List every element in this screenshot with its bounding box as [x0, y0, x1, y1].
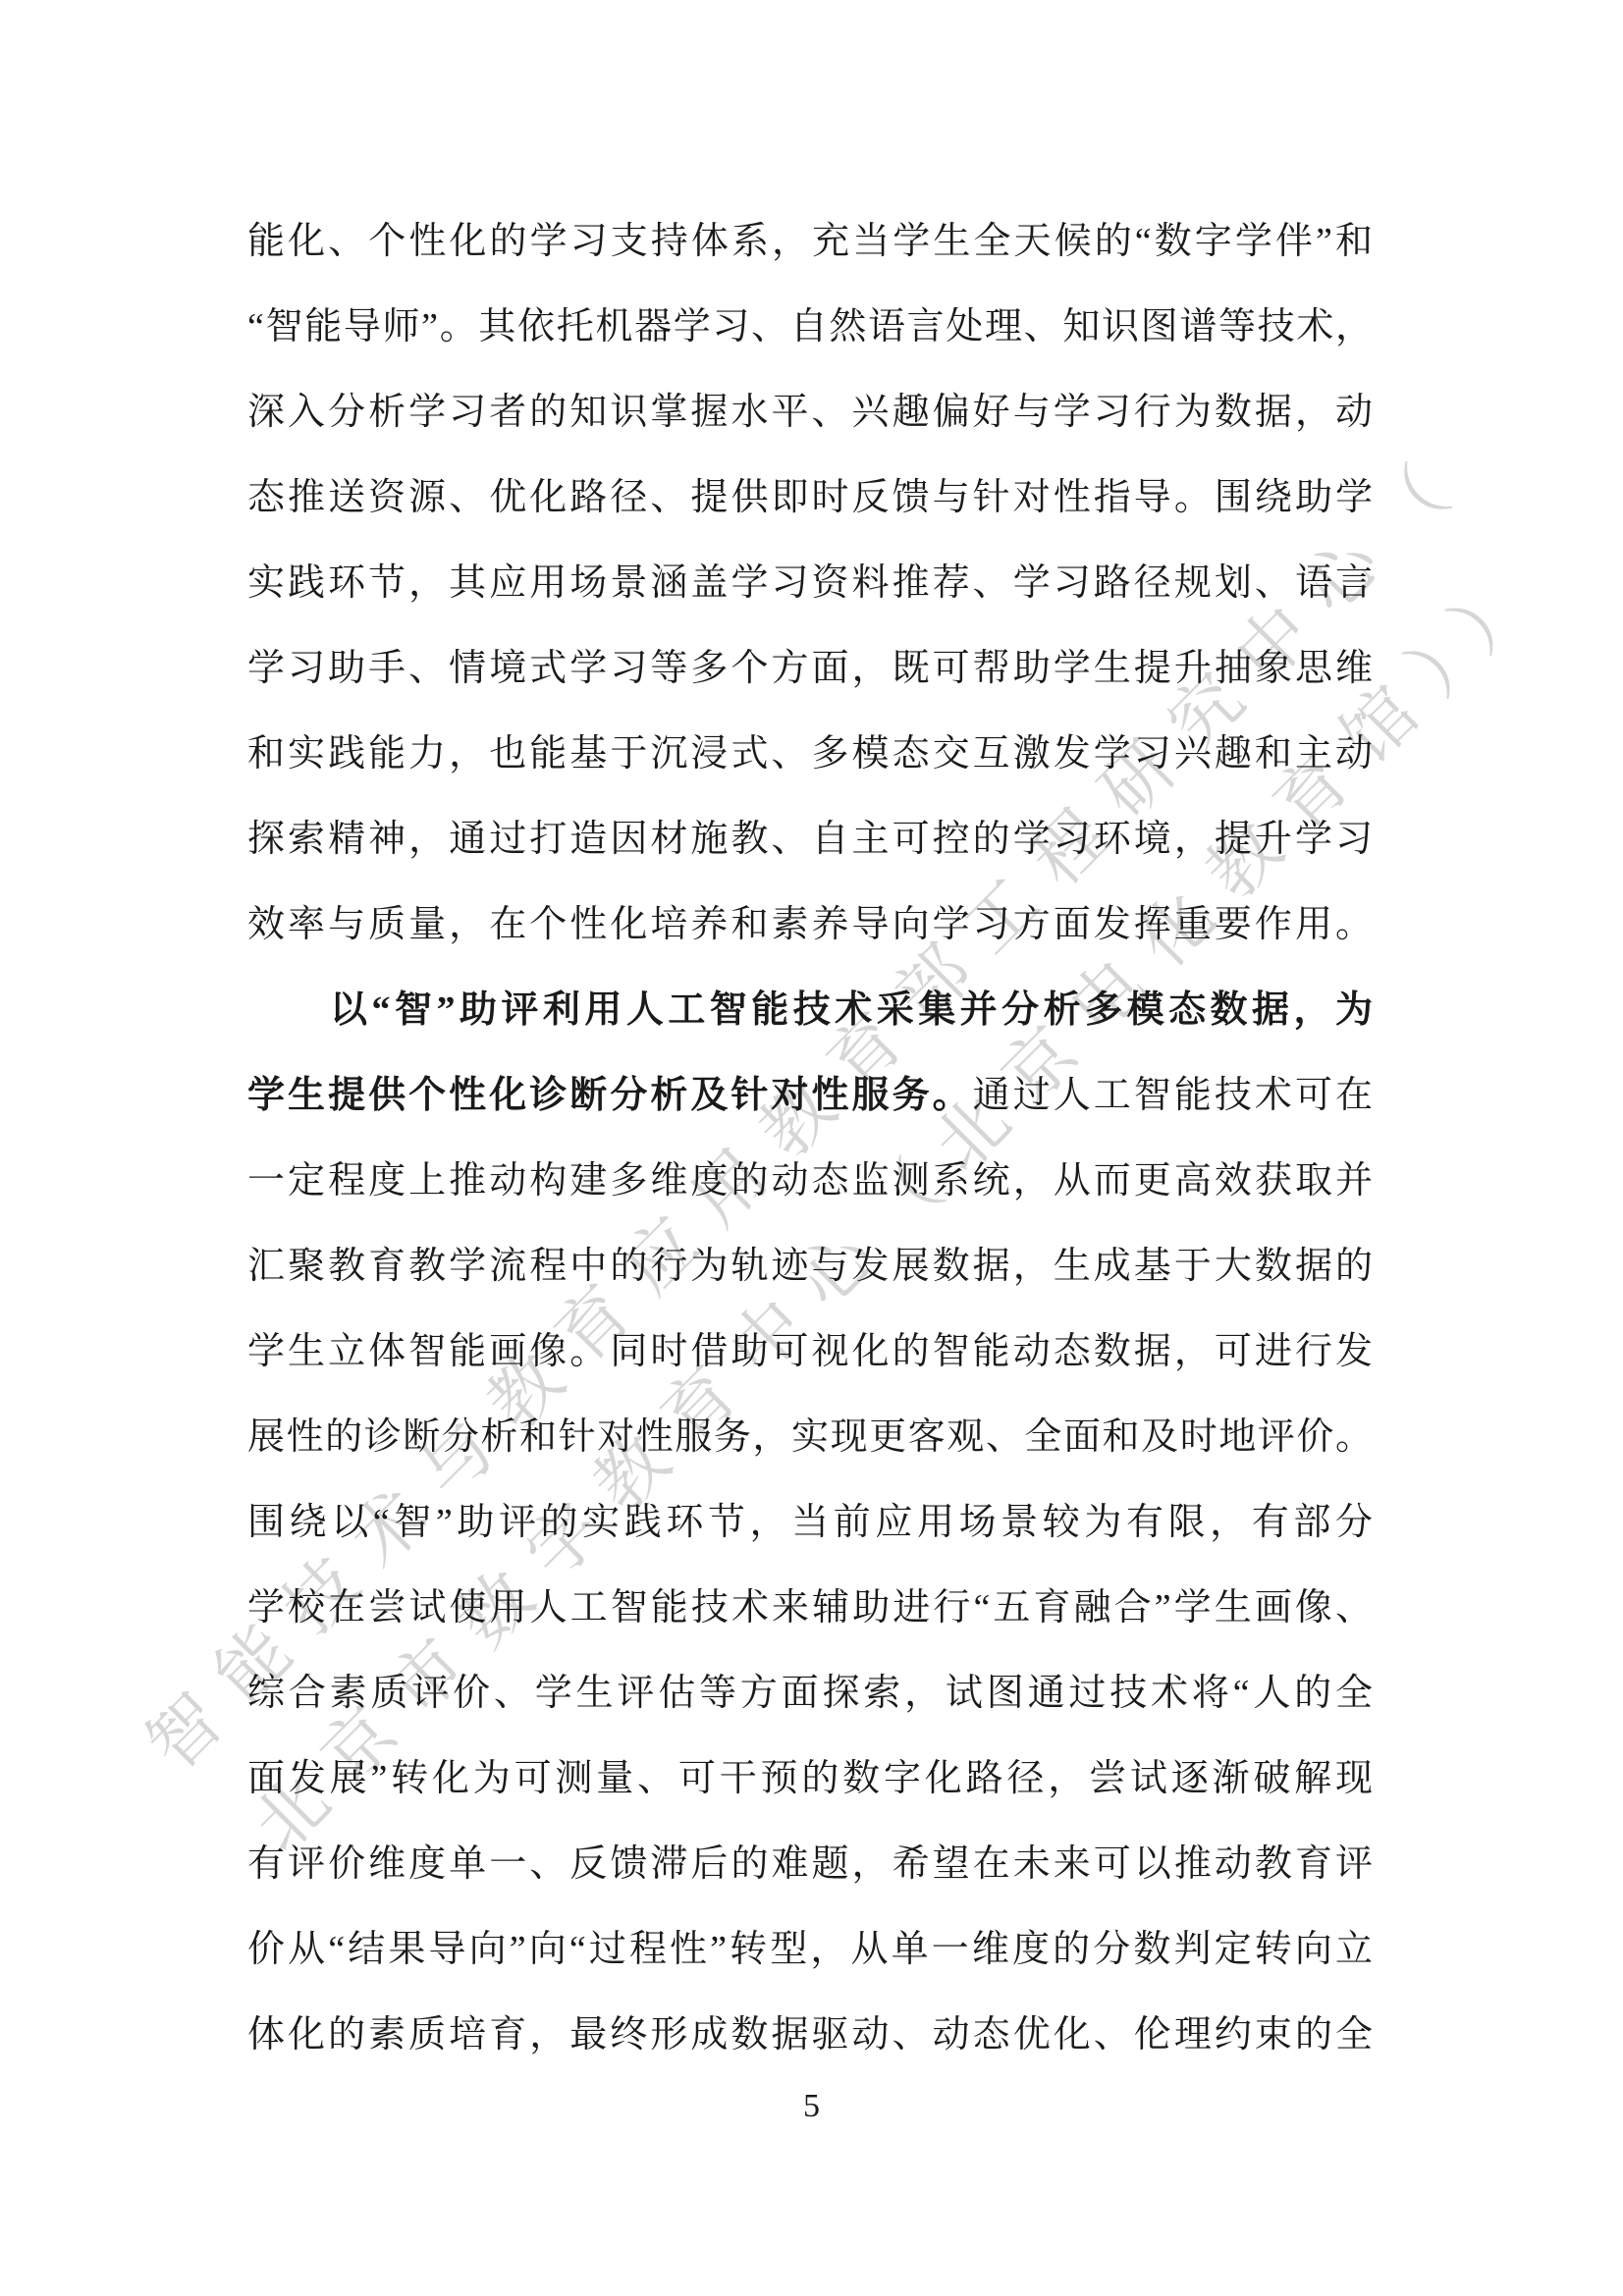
text-line: 综合素质评价、学生评估等方面探索，试图通过技术将“人的全	[247, 1651, 1373, 1736]
text-line: 态推送资源、优化路径、提供即时反馈与针对性指导。围绕助学	[247, 455, 1373, 541]
text-segment: 价从“结果导向”向“过程性”转型，从单一维度的分数判定转向立	[247, 1929, 1373, 1970]
text-segment: 学生立体智能画像。同时借助可视化的智能动态数据，可进行发	[247, 1331, 1373, 1372]
text-line: 展性的诊断分析和针对性服务，实现更客观、全面和及时地评价。	[247, 1395, 1373, 1480]
document-page: 智能技术与教育应用教育部工程研究中心（ 北京市数字教育中心（北京电化教育馆）） …	[0, 0, 1623, 2296]
text-segment: 学校在尝试使用人工智能技术来辅助进行“五育融合”学生画像、	[247, 1587, 1373, 1629]
text-line: 有评价维度单一、反馈滞后的难题，希望在未来可以推动教育评	[247, 1822, 1373, 1907]
text-line: 面发展”转化为可测量、可干预的数字化路径，尝试逐渐破解现	[247, 1736, 1373, 1822]
text-line: 效率与质量，在个性化培养和素养导向学习方面发挥重要作用。	[247, 882, 1373, 968]
text-segment-bold: 学生提供个性化诊断分析及针对性服务。	[247, 1075, 973, 1116]
text-segment: 通过人工智能技术可在	[973, 1075, 1373, 1116]
text-segment: 能化、个性化的学习支持体系，充当学生全天候的“数字学伴”和	[247, 221, 1373, 262]
text-segment: “智能导师”。其依托机器学习、自然语言处理、知识图谱等技术，	[247, 306, 1373, 347]
text-segment: 一定程度上推动构建多维度的动态监测系统，从而更高效获取并	[247, 1160, 1373, 1201]
text-segment: 实践环节，其应用场景涵盖学习资料推荐、学习路径规划、语言	[247, 562, 1373, 604]
text-segment: 面发展”转化为可测量、可干预的数字化路径，尝试逐渐破解现	[247, 1758, 1373, 1799]
text-line: “智能导师”。其依托机器学习、自然语言处理、知识图谱等技术，	[247, 285, 1373, 370]
text-line: 实践环节，其应用场景涵盖学习资料推荐、学习路径规划、语言	[247, 541, 1373, 626]
text-line: 学习助手、情境式学习等多个方面，既可帮助学生提升抽象思维	[247, 626, 1373, 712]
text-segment: 展性的诊断分析和针对性服务，实现更客观、全面和及时地评价。	[247, 1416, 1373, 1458]
text-segment: 学习助手、情境式学习等多个方面，既可帮助学生提升抽象思维	[247, 648, 1373, 689]
text-line: 体化的素质培育，最终形成数据驱动、动态优化、伦理约束的全	[247, 1993, 1373, 2078]
text-line: 以“智”助评利用人工智能技术采集并分析多模态数据，为	[247, 968, 1373, 1053]
text-segment: 和实践能力，也能基于沉浸式、多模态交互激发学习兴趣和主动	[247, 733, 1373, 774]
text-line: 一定程度上推动构建多维度的动态监测系统，从而更高效获取并	[247, 1139, 1373, 1224]
text-segment-bold: 以“智”助评利用人工智能技术采集并分析多模态数据，为	[330, 989, 1373, 1031]
document-lines: 能化、个性化的学习支持体系，充当学生全天候的“数字学伴”和“智能导师”。其依托机…	[247, 199, 1373, 2078]
text-segment: 综合素质评价、学生评估等方面探索，试图通过技术将“人的全	[247, 1673, 1373, 1714]
text-line: 学校在尝试使用人工智能技术来辅助进行“五育融合”学生画像、	[247, 1566, 1373, 1651]
text-segment: 深入分析学习者的知识掌握水平、兴趣偏好与学习行为数据，动	[247, 392, 1373, 433]
text-line: 深入分析学习者的知识掌握水平、兴趣偏好与学习行为数据，动	[247, 370, 1373, 455]
text-segment: 体化的素质培育，最终形成数据驱动、动态优化、伦理约束的全	[247, 2014, 1373, 2056]
text-line: 汇聚教育教学流程中的行为轨迹与发展数据，生成基于大数据的	[247, 1224, 1373, 1309]
text-segment: 汇聚教育教学流程中的行为轨迹与发展数据，生成基于大数据的	[247, 1246, 1373, 1287]
text-segment: 探索精神，通过打造因材施教、自主可控的学习环境，提升学习	[247, 819, 1373, 860]
page-number: 5	[0, 2087, 1623, 2126]
text-line: 学生提供个性化诊断分析及针对性服务。通过人工智能技术可在	[247, 1053, 1373, 1139]
text-line: 能化、个性化的学习支持体系，充当学生全天候的“数字学伴”和	[247, 199, 1373, 285]
text-line: 探索精神，通过打造因材施教、自主可控的学习环境，提升学习	[247, 797, 1373, 882]
text-segment: 态推送资源、优化路径、提供即时反馈与针对性指导。围绕助学	[247, 477, 1373, 518]
text-line: 价从“结果导向”向“过程性”转型，从单一维度的分数判定转向立	[247, 1907, 1373, 1993]
text-segment: 效率与质量，在个性化培养和素养导向学习方面发挥重要作用。	[247, 904, 1373, 945]
text-segment: 围绕以“智”助评的实践环节，当前应用场景较为有限，有部分	[247, 1502, 1373, 1543]
text-segment: 有评价维度单一、反馈滞后的难题，希望在未来可以推动教育评	[247, 1843, 1373, 1885]
text-line: 和实践能力，也能基于沉浸式、多模态交互激发学习兴趣和主动	[247, 712, 1373, 797]
text-line: 围绕以“智”助评的实践环节，当前应用场景较为有限，有部分	[247, 1480, 1373, 1566]
text-line: 学生立体智能画像。同时借助可视化的智能动态数据，可进行发	[247, 1309, 1373, 1395]
